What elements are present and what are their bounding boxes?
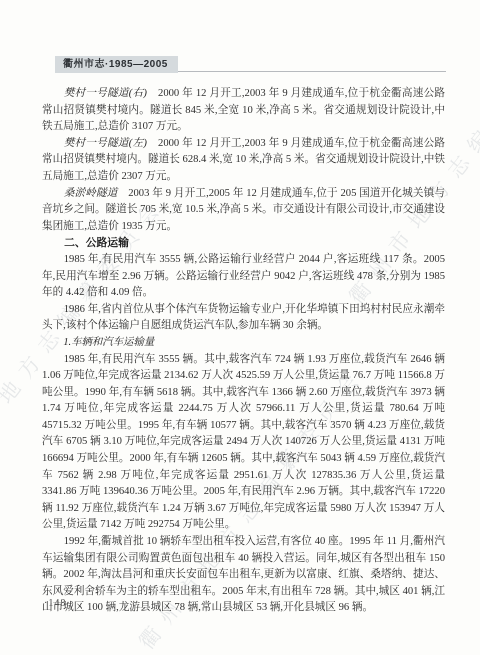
paragraph: 1985 年,有民用汽车 3555 辆,公路运输行业经营户 2044 户,客运班… (42, 252, 445, 302)
body-content: 樊村一号隧道(右) 2000 年 12 月开工,2003 年 9 月建成通车,位… (42, 86, 445, 617)
page-number: ·148· (44, 598, 71, 609)
entry-term: 樊村一号隧道(左) (64, 138, 147, 149)
paragraph: 1985 年,有民用汽车 3555 辆。其中,载客汽车 724 辆 1.93 万… (42, 352, 445, 535)
sub-heading: 1.车辆和汽车运输量 (42, 335, 445, 352)
header-title: 衢州市志·1985—2005 (55, 56, 178, 73)
gazetteer-page: 衢州市地方志编纂委员会 衢州市地方志编纂委员会 衢州市地方志编纂委员会 衢州市志… (0, 0, 480, 655)
section-heading: 二、公路运输 (42, 235, 445, 252)
entry-term: 樊村一号隧道(右) (64, 88, 147, 99)
paragraph: 樊村一号隧道(右) 2000 年 12 月开工,2003 年 9 月建成通车,位… (42, 86, 445, 136)
entry-term: 桑淤岭隧道 (64, 188, 118, 199)
paragraph: 桑淤岭隧道 2003 年 9 月开工,2005 年 12 月建成通车,位于 20… (42, 186, 445, 236)
running-header: 衢州市志·1985—2005 (55, 54, 446, 72)
paragraph: 樊村一号隧道(左) 2000 年 12 月开工,2003 年 9 月建成通车,位… (42, 136, 445, 186)
paragraph: 1986 年,省内首位从事个体汽车货物运输专业户,开化华埠镇下田坞村村民应永潮牵… (42, 302, 445, 335)
paragraph: 1992 年,衢城首批 10 辆轿车型出租车投入运营,有客位 40 座。1995… (42, 534, 445, 617)
